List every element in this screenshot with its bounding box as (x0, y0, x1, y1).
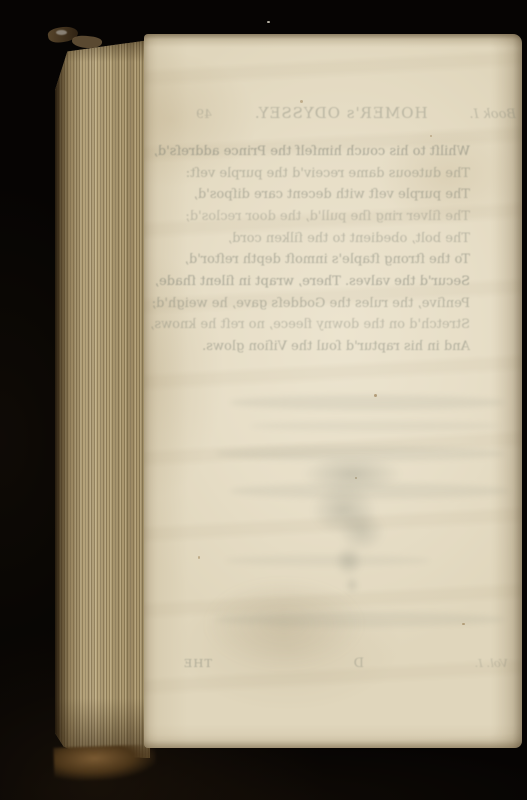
showthrough-verse-block: Whilſt to his couch himſelf the Prince a… (144, 144, 470, 359)
showthrough-book-label: Book I. (470, 107, 516, 122)
headband-fleck (56, 30, 67, 35)
showthrough-verse-line: The duteous dame receiv'd the purple veſ… (186, 166, 470, 182)
showthrough-verse-line: Stretch'd on the downy fleece, no reſt h… (150, 317, 470, 333)
showthrough-page-number: 49 (196, 106, 212, 121)
showthrough-blur-band (250, 421, 500, 431)
book-fore-edge-pages (55, 40, 150, 758)
showthrough-verse-line: The bolt, obedient to the ſilken cord, (228, 231, 470, 247)
blank-verso-page: Book I. HOMER's ODYSSEY. 49 Whilſt to hi… (144, 34, 522, 748)
tailpiece-ornament-showthrough (272, 444, 432, 594)
book-board-edge (53, 744, 156, 782)
showthrough-verse-line: Penſive, the rules the Goddeſs gave, he … (152, 296, 470, 312)
book-photo-background: Book I. HOMER's ODYSSEY. 49 Whilſt to hi… (0, 0, 527, 800)
showthrough-verse-line: Whilſt to his couch himſelf the Prince a… (154, 144, 470, 160)
showthrough-title: HOMER's ODYSSEY. (254, 104, 428, 122)
showthrough-blur-band (230, 395, 505, 410)
dust-speck (267, 21, 270, 23)
showthrough-signature-mark: D (354, 656, 364, 671)
showthrough-verse-line: Secur'd the valves. There, wrapt in ſile… (155, 274, 470, 290)
showthrough-volume-label: Vol. I. (475, 656, 508, 670)
showthrough-running-header: Book I. HOMER's ODYSSEY. 49 (196, 104, 516, 122)
foxing-speck (198, 556, 200, 559)
foxing-speck (374, 394, 377, 397)
foxing-speck (300, 100, 303, 103)
showthrough-blur-band (215, 612, 505, 627)
foxing-speck (462, 623, 465, 625)
showthrough-catchword: THE (183, 656, 212, 670)
foxing-speck (430, 135, 432, 137)
showthrough-verse-line: The ſilver ring ſhe pull'd, the door rec… (185, 209, 470, 225)
showthrough-page-footer: Vol. I. D THE (144, 656, 510, 672)
showthrough-verse-line: And in his raptur'd ſoul the Viſion glow… (202, 339, 470, 355)
showthrough-verse-line: To the ſtrong ſtaple's inmoſt depth reſt… (185, 252, 470, 268)
showthrough-verse-line: The purple veſt with decent care diſpos'… (194, 187, 470, 203)
